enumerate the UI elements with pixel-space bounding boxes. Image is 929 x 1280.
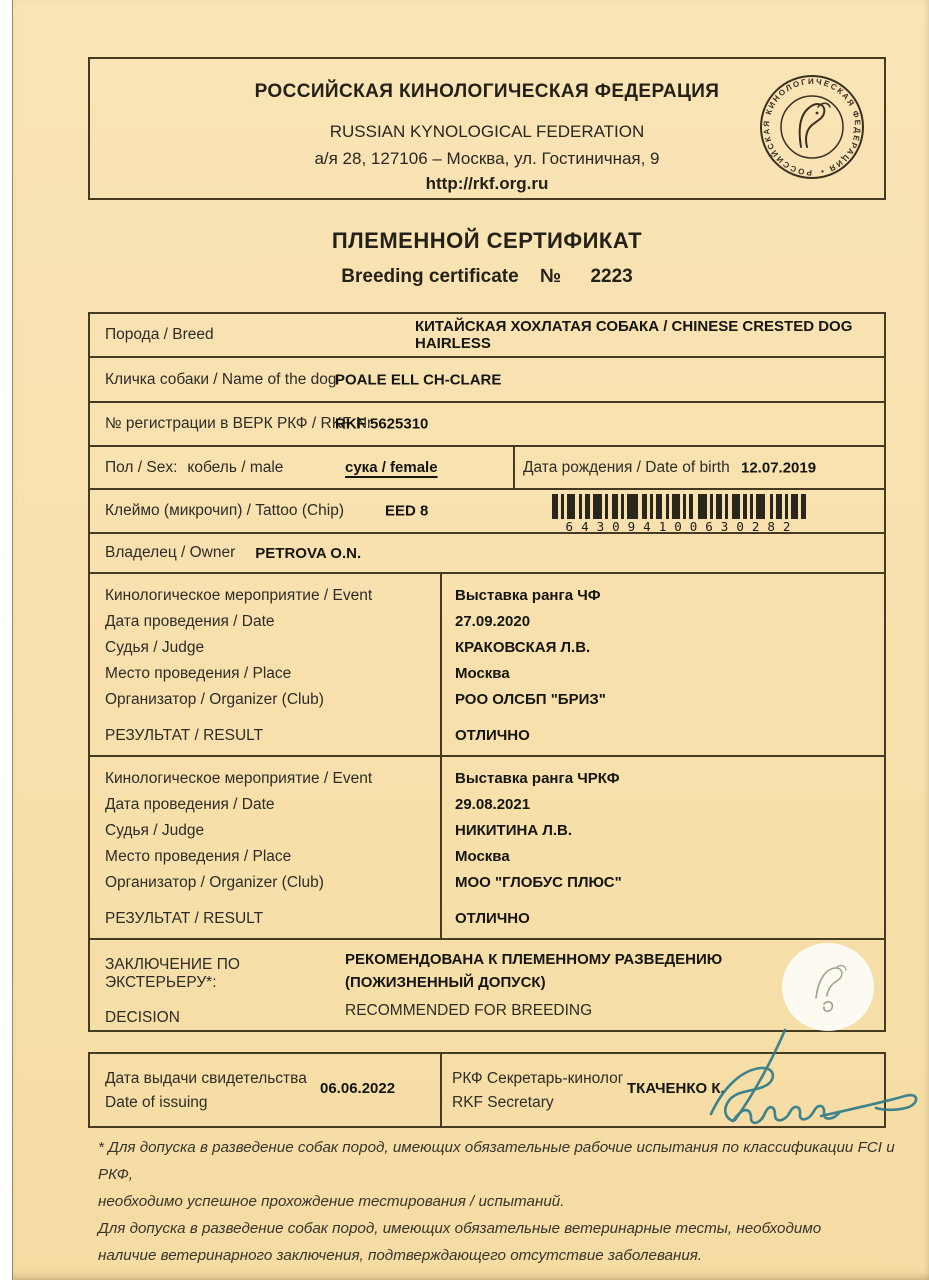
sex-cell: Пол / Sex: кобель / male сука / female <box>90 447 515 488</box>
certificate-title-ru: ПЛЕМЕННОЙ СЕРТИФИКАТ <box>88 228 886 254</box>
decision-labels: ЗАКЛЮЧЕНИЕ ПО ЭКСТЕРЬЕРУ*: DECISION <box>90 940 345 1030</box>
event-2-organizer: МОО "ГЛОБУС ПЛЮС" <box>455 870 884 896</box>
event-result-label: РЕЗУЛЬТАТ / RESULT <box>105 906 440 932</box>
header-box: РОССИЙСКАЯ КИНОЛОГИЧЕСКАЯ ФЕДЕРАЦИЯ RUSS… <box>88 57 886 200</box>
certificate-number: 2223 <box>590 266 632 287</box>
event-2-result: ОТЛИЧНО <box>455 906 884 932</box>
field-row-tattoo: Клеймо (микрочип) / Tattoo (Chip) EED 8 … <box>90 490 884 534</box>
logo-ring-text: РОССИЙСКАЯ КИНОЛОГИЧЕСКАЯ ФЕДЕРАЦИЯ • <box>762 77 862 177</box>
birth-label: Дата рождения / Date of birth <box>523 459 730 477</box>
field-row-rkf-number: № регистрации в ВЕРК РКФ / RKF Nr RKF 56… <box>90 403 884 447</box>
event-organizer-label: Организатор / Organizer (Club) <box>105 687 440 713</box>
event-result-label: РЕЗУЛЬТАТ / RESULT <box>105 723 440 749</box>
breed-value: КИТАЙСКАЯ ХОХЛАТАЯ СОБАКА / CHINESE CRES… <box>415 318 884 352</box>
secretary-signature <box>673 1018 929 1130</box>
certificate-title-en: Breeding certificate № 2223 <box>88 266 886 288</box>
field-row-sex-birth: Пол / Sex: кобель / male сука / female Д… <box>90 447 884 490</box>
event-block-1: Кинологическое мероприятие / Event Дата … <box>90 574 884 757</box>
sex-label: Пол / Sex: <box>105 459 177 477</box>
owner-label: Владелец / Owner <box>105 544 235 562</box>
event-1-place: Москва <box>455 661 884 687</box>
tattoo-label: Клеймо (микрочип) / Tattoo (Chip) <box>105 502 344 520</box>
issuing-date-cell: Дата выдачи свидетельства Date of issuin… <box>90 1054 442 1126</box>
field-row-owner: Владелец / Owner PETROVA O.N. <box>90 534 884 574</box>
event-1-organizer: РОО ОЛСБП "БРИЗ" <box>455 687 884 713</box>
scanned-certificate-page: РОССИЙСКАЯ КИНОЛОГИЧЕСКАЯ ФЕДЕРАЦИЯ RUSS… <box>0 0 929 1280</box>
decision-block: ЗАКЛЮЧЕНИЕ ПО ЭКСТЕРЬЕРУ*: DECISION РЕКО… <box>90 940 884 1030</box>
event-organizer-label: Организатор / Organizer (Club) <box>105 870 440 896</box>
event-1-values: Выставка ранга ЧФ 27.09.2020 КРАКОВСКАЯ … <box>442 574 884 755</box>
footnotes: * Для допуска в разведение собак пород, … <box>98 1134 898 1269</box>
event-date-label: Дата проведения / Date <box>105 792 440 818</box>
rkf-number-value: RKF 5625310 <box>335 416 428 433</box>
chip-barcode: 643094100630282 <box>552 494 812 534</box>
footnote-line-4: наличие ветеринарного заключения, подтве… <box>98 1242 898 1269</box>
decision-label-ru: ЗАКЛЮЧЕНИЕ ПО ЭКСТЕРЬЕРУ*: <box>105 956 345 992</box>
event-2-place: Москва <box>455 844 884 870</box>
issuing-date-value: 06.06.2022 <box>320 1080 395 1097</box>
decision-label-en: DECISION <box>105 1009 345 1027</box>
footnote-line-3: Для допуска в разведение собак пород, им… <box>98 1215 898 1242</box>
birth-cell: Дата рождения / Date of birth 12.07.2019 <box>515 447 884 488</box>
event-date-label: Дата проведения / Date <box>105 609 440 635</box>
event-2-values: Выставка ранга ЧРКФ 29.08.2021 НИКИТИНА … <box>442 757 884 938</box>
event-1-labels: Кинологическое мероприятие / Event Дата … <box>90 574 442 755</box>
footnote-line-1: * Для допуска в разведение собак пород, … <box>98 1134 898 1188</box>
certificate-title-en-text: Breeding certificate <box>341 266 518 287</box>
borzoi-head-icon <box>800 103 830 147</box>
tattoo-value: EED 8 <box>385 503 428 520</box>
breed-label: Порода / Breed <box>105 326 214 344</box>
dog-name-label: Кличка собаки / Name of the dog <box>105 371 337 389</box>
certificate-table: Порода / Breed КИТАЙСКАЯ ХОХЛАТАЯ СОБАКА… <box>88 312 886 1032</box>
event-1-name: Выставка ранга ЧФ <box>455 583 884 609</box>
event-2-date: 29.08.2021 <box>455 792 884 818</box>
event-1-judge: КРАКОВСКАЯ Л.В. <box>455 635 884 661</box>
certificate-number-label: № <box>540 266 561 287</box>
footnote-line-2: необходимо успешное прохождение тестиров… <box>98 1188 898 1215</box>
field-row-dog-name: Кличка собаки / Name of the dog POALE EL… <box>90 358 884 403</box>
rkf-number-label: № регистрации в ВЕРК РКФ / RKF Nr <box>105 415 372 433</box>
event-label: Кинологическое мероприятие / Event <box>105 583 440 609</box>
event-judge-label: Судья / Judge <box>105 818 440 844</box>
event-judge-label: Судья / Judge <box>105 635 440 661</box>
birth-value: 12.07.2019 <box>741 459 816 476</box>
sex-option-male: кобель / male <box>187 459 283 477</box>
barcode-number: 643094100630282 <box>552 519 812 534</box>
svg-text:РОССИЙСКАЯ КИНОЛОГИЧЕСКАЯ ФЕДЕ: РОССИЙСКАЯ КИНОЛОГИЧЕСКАЯ ФЕДЕРАЦИЯ • <box>762 77 862 177</box>
field-row-breed: Порода / Breed КИТАЙСКАЯ ХОХЛАТАЯ СОБАКА… <box>90 314 884 358</box>
barcode-bars <box>552 494 812 519</box>
event-place-label: Место проведения / Place <box>105 844 440 870</box>
event-1-date: 27.09.2020 <box>455 609 884 635</box>
event-2-labels: Кинологическое мероприятие / Event Дата … <box>90 757 442 938</box>
event-place-label: Место проведения / Place <box>105 661 440 687</box>
certificate-paper: РОССИЙСКАЯ КИНОЛОГИЧЕСКАЯ ФЕДЕРАЦИЯ RUSS… <box>12 0 929 1280</box>
sex-option-female-selected: сука / female <box>345 459 438 476</box>
dog-name-value: POALE ELL CH-CLARE <box>335 371 501 388</box>
event-block-2: Кинологическое мероприятие / Event Дата … <box>90 757 884 940</box>
event-label: Кинологическое мероприятие / Event <box>105 766 440 792</box>
event-1-result: ОТЛИЧНО <box>455 723 884 749</box>
owner-value: PETROVA O.N. <box>255 545 361 562</box>
event-2-judge: НИКИТИНА Л.В. <box>455 818 884 844</box>
rkf-logo-seal: РОССИЙСКАЯ КИНОЛОГИЧЕСКАЯ ФЕДЕРАЦИЯ • <box>756 73 868 181</box>
event-2-name: Выставка ранга ЧРКФ <box>455 766 884 792</box>
